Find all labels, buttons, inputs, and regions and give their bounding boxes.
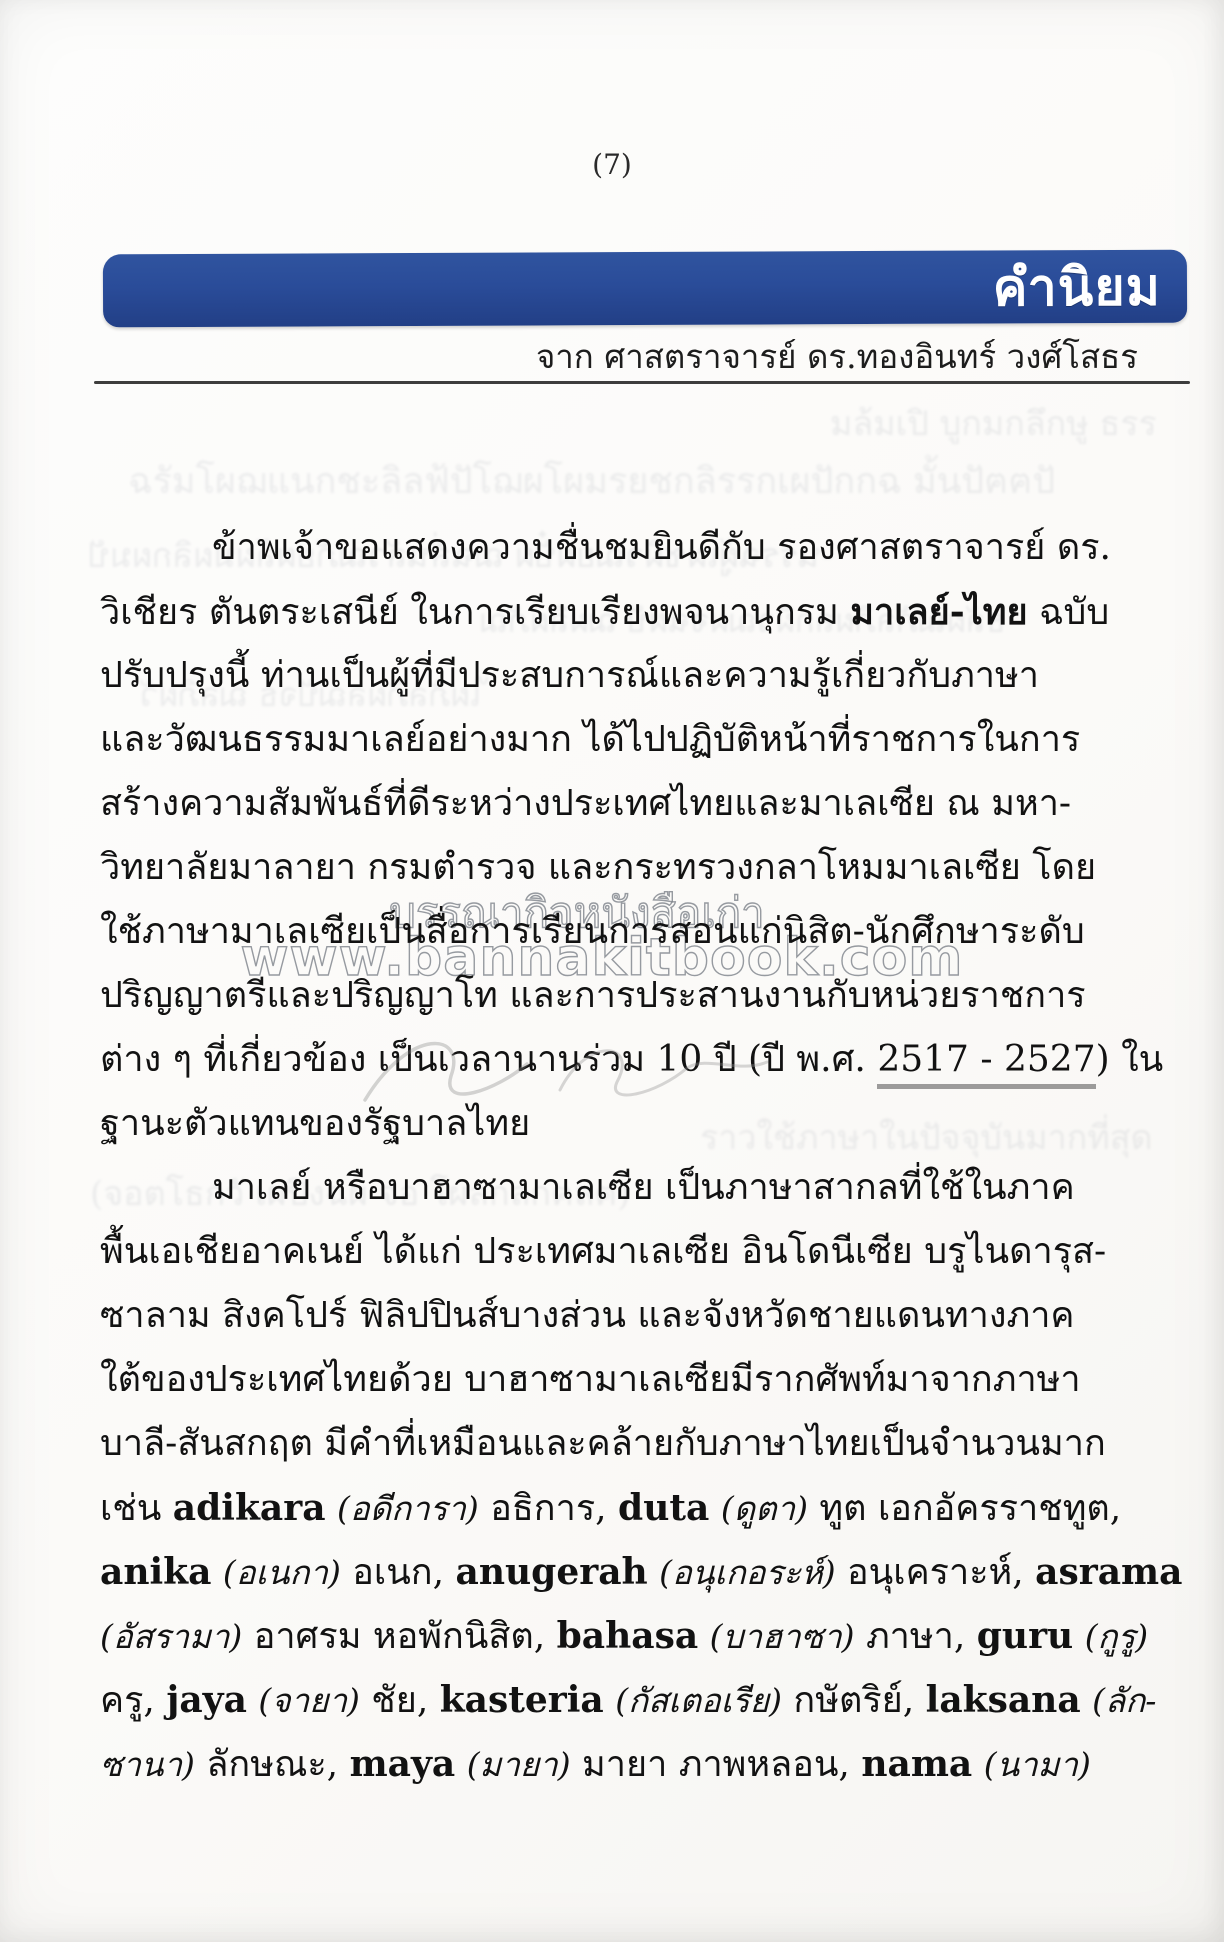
text-segment: ชัย,	[360, 1680, 440, 1721]
bold-text: laksana	[926, 1679, 1081, 1721]
text-segment	[247, 1680, 258, 1721]
bleedthrough-text: ฉรัมโผฌแนกชะลิลฟ้ปัโฌผโผมรยชกลิรรกเผปักก…	[128, 452, 1055, 509]
bold-text: maya	[350, 1743, 456, 1785]
text-line: มาเลย์ หรือบาฮาซามาเลเซีย เป็นภาษาสากลที…	[100, 1156, 1146, 1220]
text-segment	[1081, 1680, 1092, 1721]
bold-text: adikara	[173, 1487, 326, 1529]
bold-text: nama	[861, 1743, 972, 1785]
text-segment: อเนก,	[341, 1552, 456, 1593]
text-segment: ใต้ของประเทศไทยด้วย บาฮาซามาเลเซียมีรากศ…	[100, 1359, 1081, 1400]
text-segment: มายา ภาพหลอน,	[571, 1744, 862, 1785]
text-segment: ภาษา,	[855, 1616, 977, 1657]
text-segment: พื้นเอเชียอาคเนย์ ได้แก่ ประเทศมาเลเซีย …	[100, 1231, 1106, 1272]
text-segment	[455, 1744, 466, 1785]
bleedthrough-text: มล้มเปิ บูกมกลึกษู ธรร	[830, 396, 1157, 450]
text-line: ครู, jaya (จายา) ชัย, kasteria (กัสเตอเร…	[100, 1668, 1146, 1732]
italic-text: ซานา)	[100, 1745, 195, 1784]
text-segment: บาลี-สันสกฤต มีคำที่เหมือนและคล้ายกับภาษ…	[100, 1423, 1106, 1464]
text-segment	[698, 1616, 709, 1657]
text-line: ซานา) ลักษณะ, maya (มายา) มายา ภาพหลอน, …	[100, 1732, 1146, 1796]
text-segment: วิเชียร ตันตระเสนีย์ ในการเรียบเรียงพจนา…	[100, 592, 850, 633]
underlined-text: 2517 - 2527	[877, 1039, 1095, 1089]
text-segment	[648, 1552, 659, 1593]
italic-text: (อดีการา)	[337, 1489, 479, 1528]
italic-text: (กัสเตอเรีย)	[615, 1681, 782, 1720]
text-line: พื้นเอเชียอาคเนย์ ได้แก่ ประเทศมาเลเซีย …	[100, 1220, 1146, 1284]
italic-text: (บาฮาซา)	[710, 1617, 855, 1656]
text-line: anika (อเนกา) อเนก, anugerah (อนุเกอระห์…	[100, 1540, 1146, 1604]
italic-text: (อัสรามา)	[100, 1617, 242, 1656]
bold-text: kasteria	[440, 1679, 604, 1721]
text-segment: อธิการ,	[479, 1488, 618, 1529]
attribution-line: จาก ศาสตราจารย์ ดร.ทองอินทร์ วงศ์โสธร	[100, 330, 1138, 383]
italic-text: (อเนกา)	[223, 1553, 341, 1592]
section-title: คำนิยม	[993, 250, 1162, 324]
bold-text: bahasa	[557, 1615, 699, 1657]
bold-text: anika	[100, 1551, 211, 1593]
body-text: ข้าพเจ้าขอแสดงความชื่นชมยินดีกับ รองศาสต…	[100, 516, 1146, 1796]
text-segment: สร้างความสัมพันธ์ที่ดีระหว่างประเทศไทยแล…	[100, 783, 1071, 824]
text-line: (อัสรามา) อาศรม หอพักนิสิต, bahasa (บาฮา…	[100, 1604, 1146, 1668]
text-segment	[972, 1744, 983, 1785]
text-segment: มาเลย์ หรือบาฮาซามาเลเซีย เป็นภาษาสากลที…	[212, 1167, 1075, 1208]
text-segment	[326, 1488, 337, 1529]
text-segment: ซาลาม สิงคโปร์ ฟิลิปปินส์บางส่วน และจังห…	[100, 1295, 1075, 1336]
section-title-bar: คำนิยม	[103, 250, 1187, 328]
bold-text: duta	[618, 1487, 709, 1529]
text-line: ปรับปรุงนี้ ท่านเป็นผู้ที่มีประสบการณ์แล…	[100, 644, 1146, 708]
text-line: ใช้ภาษามาเลเซียเป็นสื่อการเรียนการสอนแก่…	[100, 900, 1146, 964]
italic-text: (จายา)	[258, 1681, 359, 1720]
text-segment: และวัฒนธรรมมาเลย์อย่างมาก ได้ไปปฏิบัติหน…	[100, 719, 1080, 760]
text-segment	[1073, 1616, 1084, 1657]
page-number: (7)	[0, 148, 1224, 181]
text-segment	[604, 1680, 615, 1721]
text-line: บาลี-สันสกฤต มีคำที่เหมือนและคล้ายกับภาษ…	[100, 1412, 1146, 1476]
italic-text: (มายา)	[467, 1745, 571, 1784]
text-segment: ข้าพเจ้าขอแสดงความชื่นชมยินดีกับ รองศาสต…	[212, 527, 1111, 568]
text-line: ซาลาม สิงคโปร์ ฟิลิปปินส์บางส่วน และจังห…	[100, 1284, 1146, 1348]
italic-text: (นามา)	[984, 1745, 1091, 1784]
italic-text: (ลัก-	[1092, 1681, 1156, 1720]
text-segment: เช่น	[100, 1488, 173, 1529]
text-segment: ฉบับ	[1028, 592, 1110, 633]
bold-text: guru	[977, 1615, 1074, 1657]
text-segment	[211, 1552, 222, 1593]
text-line: วิเชียร ตันตระเสนีย์ ในการเรียบเรียงพจนา…	[100, 580, 1146, 644]
text-segment: อาศรม หอพักนิสิต,	[242, 1616, 556, 1657]
text-segment: ) ใน	[1096, 1039, 1164, 1080]
text-segment: ทูต เอกอัครราชทูต,	[808, 1488, 1121, 1529]
italic-text: (อนุเกอระห์)	[659, 1553, 835, 1592]
bold-text: มาเลย์-ไทย	[850, 591, 1027, 633]
scanned-book-page: มล้มเปิ บูกมกลึกษู ธรรฉรัมโผฌแนกชะลิลฟ้ป…	[0, 0, 1224, 1942]
text-segment: ปริญญาตรีและปริญญาโท และการประสานงานกับห…	[100, 975, 1086, 1016]
text-line: และวัฒนธรรมมาเลย์อย่างมาก ได้ไปปฏิบัติหน…	[100, 708, 1146, 772]
bold-text: asrama	[1035, 1551, 1182, 1593]
bold-text: anugerah	[456, 1551, 648, 1593]
text-segment: ใช้ภาษามาเลเซียเป็นสื่อการเรียนการสอนแก่…	[100, 911, 1085, 952]
italic-text: (กูรู)	[1085, 1617, 1148, 1656]
text-line: วิทยาลัยมาลายา กรมตำรวจ และกระทรวงกลาโหม…	[100, 836, 1146, 900]
text-segment: วิทยาลัยมาลายา กรมตำรวจ และกระทรวงกลาโหม…	[100, 847, 1096, 888]
text-line: สร้างความสัมพันธ์ที่ดีระหว่างประเทศไทยแล…	[100, 772, 1146, 836]
bold-text: jaya	[166, 1679, 247, 1721]
text-line: เช่น adikara (อดีการา) อธิการ, duta (ดูต…	[100, 1476, 1146, 1540]
text-line: ใต้ของประเทศไทยด้วย บาฮาซามาเลเซียมีรากศ…	[100, 1348, 1146, 1412]
text-segment	[709, 1488, 720, 1529]
pencil-scribble-mark	[355, 1018, 785, 1128]
text-segment: ครู,	[100, 1680, 166, 1721]
text-segment: อนุเคราะห์,	[836, 1552, 1036, 1593]
text-line: ข้าพเจ้าขอแสดงความชื่นชมยินดีกับ รองศาสต…	[100, 516, 1146, 580]
text-segment: กษัตริย์,	[782, 1680, 926, 1721]
italic-text: (ดูตา)	[721, 1489, 808, 1528]
horizontal-rule	[94, 381, 1190, 384]
text-segment: ปรับปรุงนี้ ท่านเป็นผู้ที่มีประสบการณ์แล…	[100, 655, 1039, 696]
text-segment: ลักษณะ,	[195, 1744, 350, 1785]
